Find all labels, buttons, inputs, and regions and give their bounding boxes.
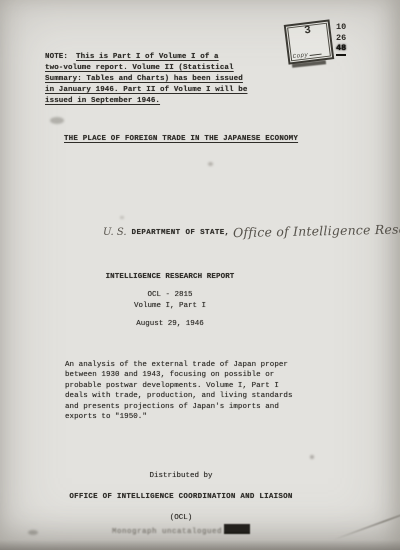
date-year: 48 xyxy=(336,43,346,56)
paper-speck xyxy=(310,455,314,459)
abstract-line: deals with trade, production, and living… xyxy=(65,391,293,401)
report-type: INTELLIGENCE RESEARCH REPORT xyxy=(60,272,280,283)
agency-line: U. S.DEPARTMENT OF STATE,Office of Intel… xyxy=(103,222,400,242)
abstract-line: exports to "1950." xyxy=(65,412,293,422)
report-date: August 29, 1946 xyxy=(60,319,280,330)
document-title: THE PLACE OF FOREIGN TRADE IN THE JAPANE… xyxy=(64,135,298,143)
abstract-line: An analysis of the external trade of Jap… xyxy=(65,360,293,370)
department-name: DEPARTMENT OF STATE, xyxy=(132,229,230,237)
ink-blot xyxy=(224,524,250,534)
faded-stamp-text: Monograph uncatalogued xyxy=(112,528,222,536)
abstract-line: between 1930 and 1943, focusing on possi… xyxy=(65,370,293,380)
date-month: 10 xyxy=(336,22,346,33)
document-scan-page: 3 Copy 10 26 48 NOTE:This is Part I of V… xyxy=(0,0,400,550)
report-id-block: INTELLIGENCE RESEARCH REPORT OCL - 2815 … xyxy=(60,272,280,330)
pencil-smudge xyxy=(50,117,64,124)
paper-speck xyxy=(28,530,38,535)
abstract-paragraph: An analysis of the external trade of Jap… xyxy=(65,360,293,422)
note-line-text: This is Part I of Volume I of a xyxy=(76,53,219,61)
note-line: in January 1946. Part II of Volume I wil… xyxy=(45,85,247,96)
note-label: NOTE: xyxy=(45,53,68,61)
date-stamp-column: 10 26 48 xyxy=(336,22,346,56)
distributed-by-label: Distributed by xyxy=(30,472,332,480)
abstract-line: and presents projections of Japan's impo… xyxy=(65,402,293,412)
handwritten-us: U. S. xyxy=(103,227,127,238)
report-number: OCL - 2815 xyxy=(60,290,280,301)
paper-speck xyxy=(120,216,124,219)
paper-speck xyxy=(208,162,213,166)
note-block: NOTE:This is Part I of Volume I of a two… xyxy=(45,52,247,107)
copy-number-stamp: 3 Copy xyxy=(284,19,335,64)
note-line: Summary: Tables and Charts) has been iss… xyxy=(45,74,247,85)
report-volume: Volume I, Part I xyxy=(60,301,280,312)
page-bottom-shadow xyxy=(0,540,400,550)
abstract-line: probable postwar developments. Volume I,… xyxy=(65,381,293,391)
distribution-block: Distributed by OFFICE OF INTELLIGENCE CO… xyxy=(30,472,332,536)
faded-stamp-line: Monograph uncatalogued xyxy=(112,524,250,536)
note-line: issued in September 1946. xyxy=(45,96,247,107)
date-day: 26 xyxy=(336,33,346,44)
office-abbreviation: (OCL) xyxy=(30,514,332,522)
note-line: NOTE:This is Part I of Volume I of a xyxy=(45,52,247,63)
paper-crease xyxy=(333,501,400,541)
distributing-office: OFFICE OF INTELLIGENCE COORDINATION AND … xyxy=(30,493,332,501)
note-line: two-volume report. Volume II (Statistica… xyxy=(45,63,247,74)
handwritten-office-name: Office of Intelligence Research xyxy=(232,221,400,240)
